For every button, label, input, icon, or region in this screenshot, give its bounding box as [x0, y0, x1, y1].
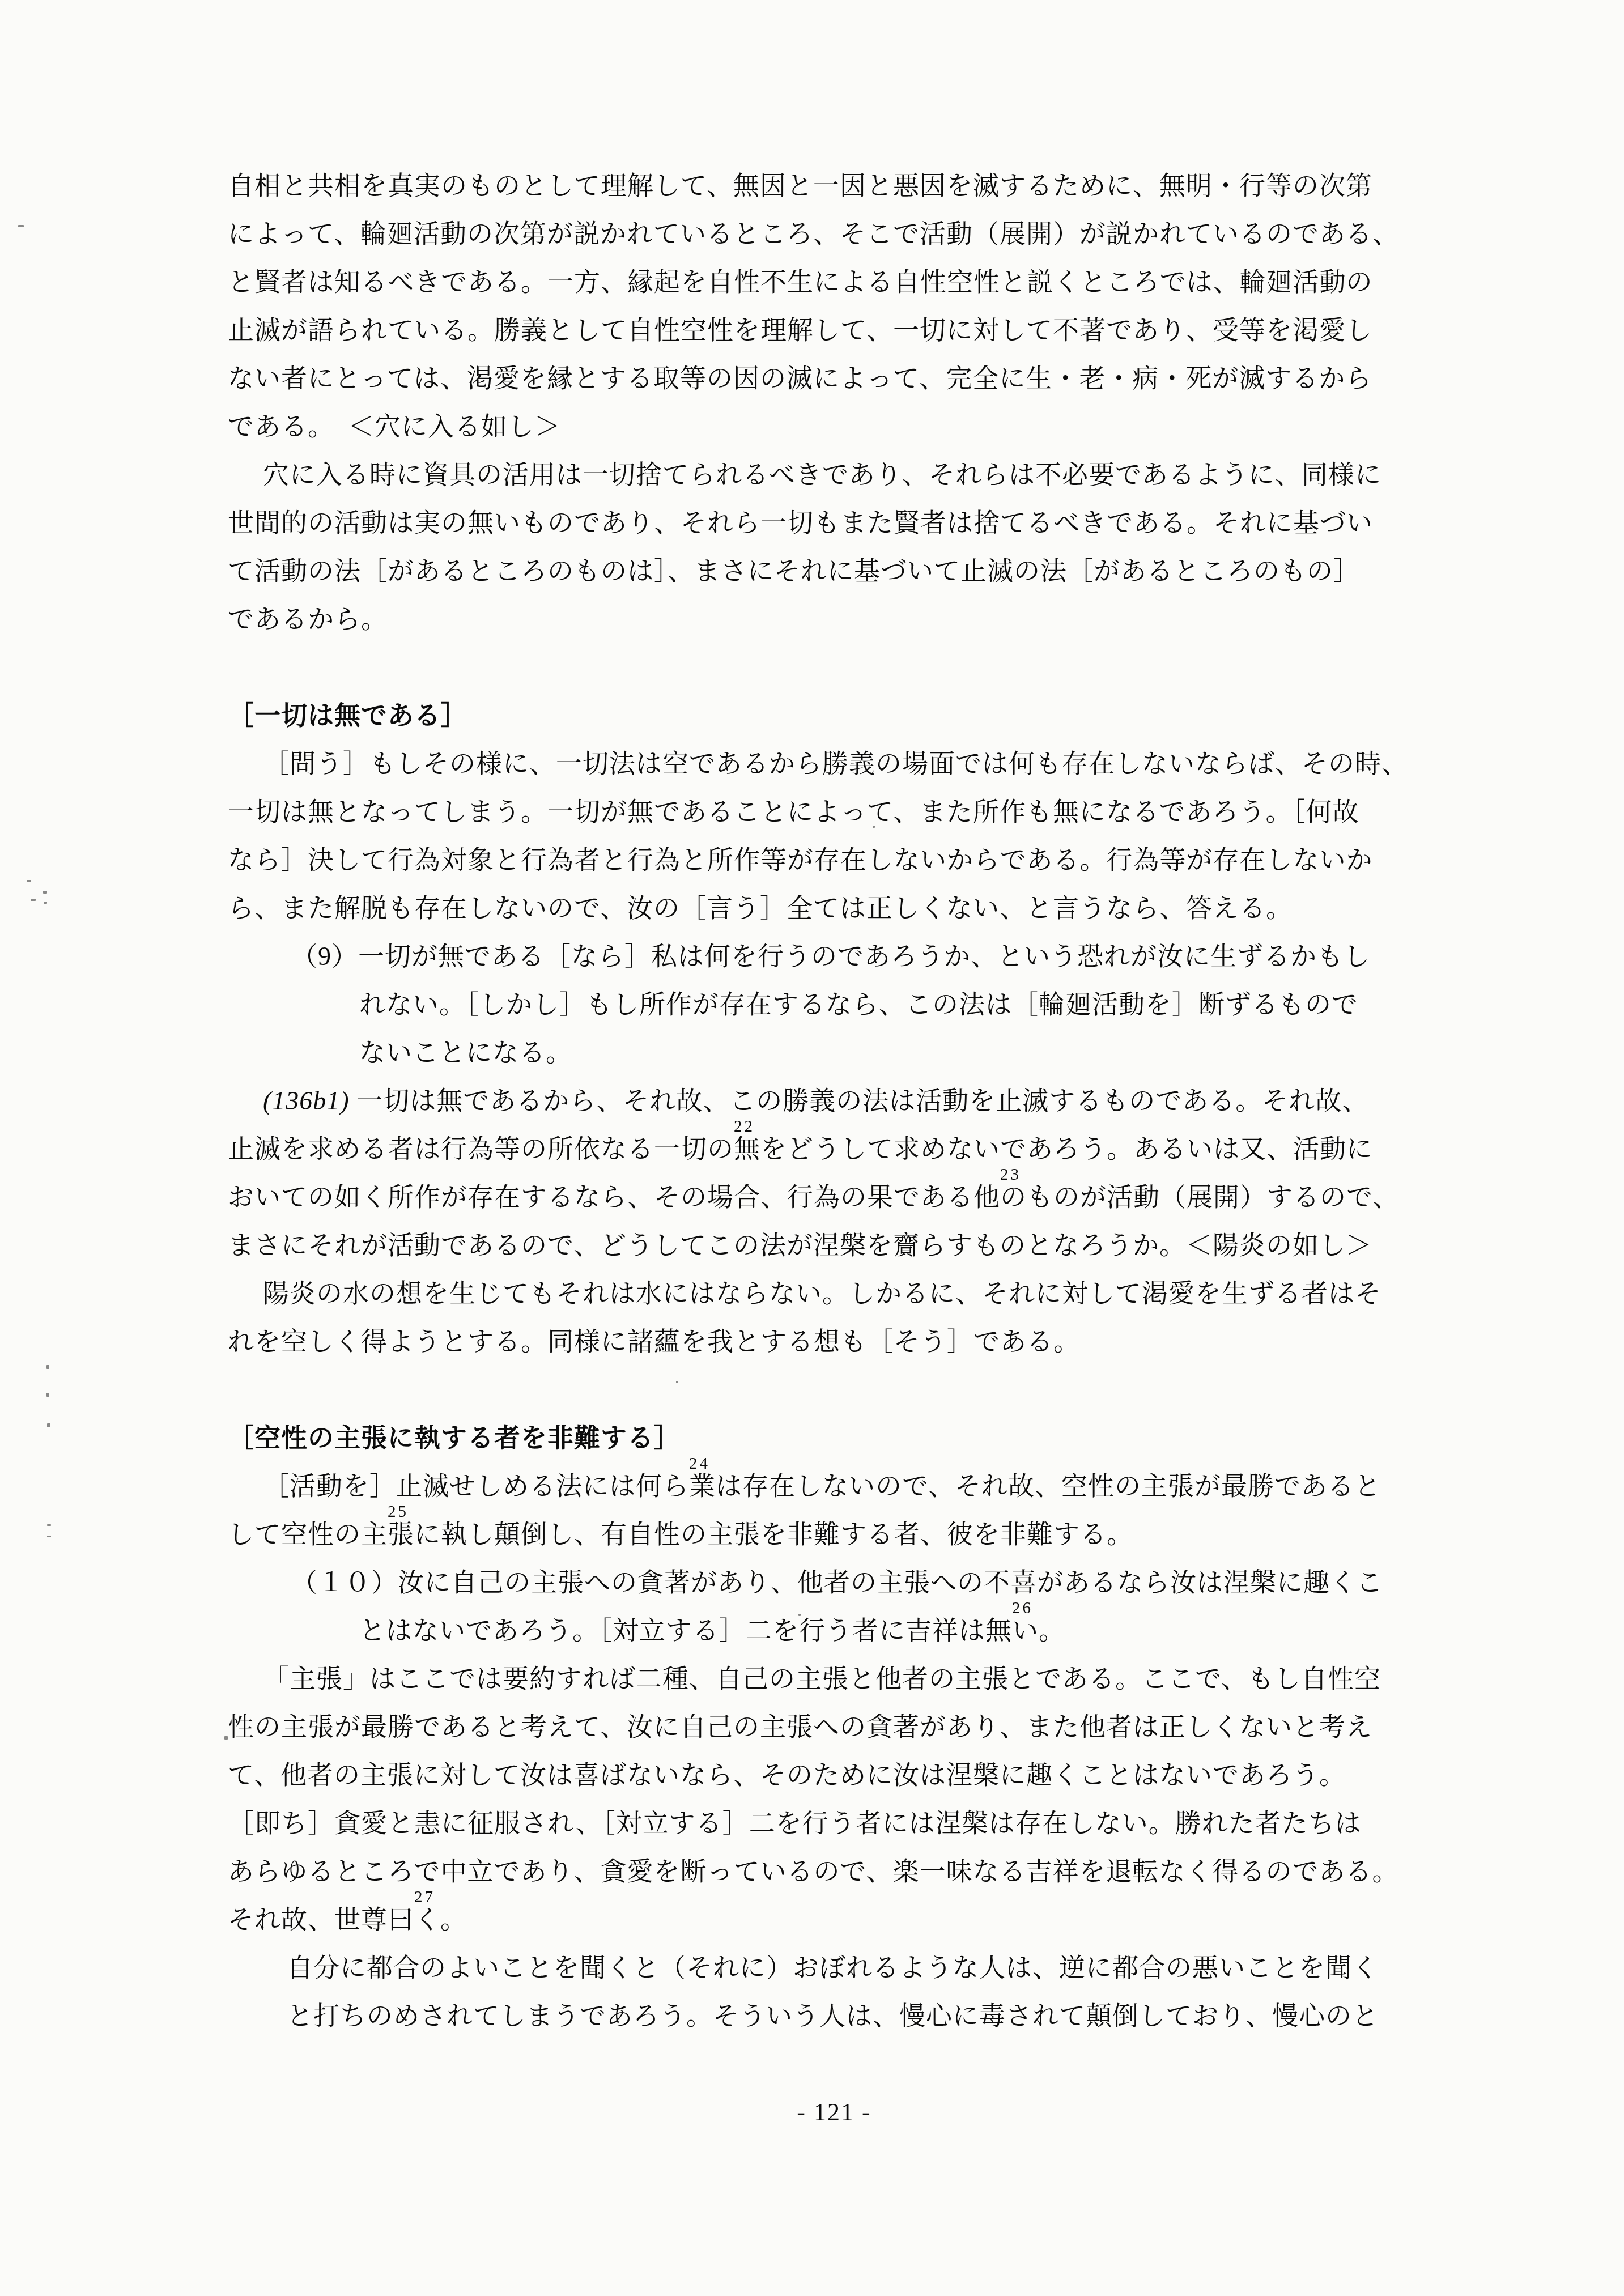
text-run: (136b1) [263, 1086, 356, 1115]
text-run: それ故、世尊曰 [228, 1905, 414, 1934]
body-text-line: 穴に入る時に資具の活用は一切捨てられるべきであり、それらは不必要であるように、同… [228, 450, 1440, 499]
text-run: ［空性の主張に執する者を非難する］ [228, 1423, 681, 1452]
text-run: れを空しく得ようとする。同様に諸蘊を我とする想も［そう］である。 [228, 1327, 1080, 1356]
quote-line: と打ちのめされてしまうであろう。そういう人は、慢心に毒されて顛倒しており、慢心の… [228, 1992, 1440, 2040]
verse-line: とはないであろう。［対立する］二を行う者に吉祥は無26い。 [228, 1606, 1440, 1655]
text-run: である。 ＜穴に入る如し＞ [228, 412, 561, 441]
text-run: 一切は無となってしまう。一切が無であることによって、また所作も無になるであろう。… [228, 797, 1359, 826]
body-text-line: と賢者は知るべきである。一方、縁起を自性不生による自性空性と説くところでは、輪廻… [228, 258, 1440, 306]
text-run: 張に執し顛倒し、有自性の主張を非難する者、彼を非難する。 [388, 1520, 1133, 1549]
body-text-line: 自相と共相を真実のものとして理解して、無因と一因と悪因を滅するために、無明・行等… [228, 161, 1440, 210]
text-run: とはないであろう。［対立する］二を行う者に吉祥は無 [359, 1616, 1012, 1645]
blank-line [228, 1366, 1440, 1414]
text-run: 陽炎の水の想を生じてもそれは水にはならない。しかるに、それに対して渇愛を生ずる者… [263, 1279, 1381, 1308]
body-text-line: ［問う］もしその様に、一切法は空であるから勝義の場面では何も存在しないならば、そ… [228, 739, 1440, 788]
text-run: のものが活動（展開）するので、 [1000, 1183, 1399, 1211]
verse-line: （9）一切が無である［なら］私は何を行うのであろうか、という恐れが汝に生ずるかも… [228, 932, 1440, 980]
scan-speck [224, 1736, 228, 1740]
section-heading: ［一切は無である］ [228, 691, 1440, 739]
scan-speck [43, 891, 47, 894]
text-column: 自相と共相を真実のものとして理解して、無因と一因と悪因を滅するために、無明・行等… [228, 161, 1440, 2040]
text-run: ［一切は無である］ [228, 701, 467, 730]
scanned-page: 自相と共相を真実のものとして理解して、無因と一因と悪因を滅するために、無明・行等… [0, 0, 1624, 2296]
text-run: ない者にとっては、渇愛を縁とする取等の因の滅によって、完全に生・老・病・死が滅す… [228, 364, 1372, 393]
scan-speck [27, 880, 31, 882]
text-run: ないことになる。 [359, 1038, 572, 1067]
body-text-line: なら］決して行為対象と行為者と行為と所作等が存在しないからである。行為等が存在し… [228, 836, 1440, 884]
text-run: あらゆるところで中立であり、貪愛を断っているので、楽一味なる吉祥を退転なく得るの… [228, 1857, 1399, 1886]
text-run: て、他者の主張に対して汝は喜ばないなら、そのために汝は涅槃に趣くことはないであろ… [228, 1761, 1346, 1789]
scan-speck [46, 1393, 49, 1397]
scan-speck [47, 1524, 51, 1526]
scan-speck [47, 1536, 51, 1537]
body-text-line: 陽炎の水の想を生じてもそれは水にはならない。しかるに、それに対して渇愛を生ずる者… [228, 1269, 1440, 1317]
quote-line: 自分に都合のよいことを聞くと（それに）おぼれるような人は、逆に都合の悪いことを聞… [228, 1944, 1440, 1992]
body-text-line: れを空しく得ようとする。同様に諸蘊を我とする想も［そう］である。 [228, 1317, 1440, 1366]
body-text-line: 止滅が語られている。勝義として自性空性を理解して、一切に対して不著であり、受等を… [228, 306, 1440, 354]
body-text-line: て、他者の主張に対して汝は喜ばないなら、そのために汝は涅槃に趣くことはないであろ… [228, 1751, 1440, 1799]
body-text-line: あらゆるところで中立であり、貪愛を断っているので、楽一味なる吉祥を退転なく得るの… [228, 1847, 1440, 1895]
body-text-line: て活動の法［があるところのものは］、まさにそれに基づいて止滅の法［があるところの… [228, 547, 1440, 595]
text-run: 穴に入る時に資具の活用は一切捨てられるべきであり、それらは不必要であるように、同… [263, 460, 1381, 489]
text-run: と賢者は知るべきである。一方、縁起を自性不生による自性空性と説くところでは、輪廻… [228, 267, 1373, 296]
text-run: ［活動を］止滅せしめる法には何ら [263, 1472, 689, 1500]
body-text-line: 一切は無となってしまう。一切が無であることによって、また所作も無になるであろう。… [228, 788, 1440, 836]
text-run: なら］決して行為対象と行為者と行為と所作等が存在しないからである。行為等が存在し… [228, 845, 1373, 874]
text-run: によって、輪廻活動の次第が説かれているところ、そこで活動（展開）が説かれているの… [228, 219, 1399, 248]
body-text-line: それ故、世尊曰27く。 [228, 1895, 1440, 1944]
scan-speck [873, 826, 875, 828]
body-text-line: 世間的の活動は実の無いものであり、それら一切もまた賢者は捨てるべきである。それに… [228, 499, 1440, 547]
text-run: であるから。 [228, 605, 388, 633]
page-number: - 121 - [228, 2088, 1440, 2136]
body-text-line: である。 ＜穴に入る如し＞ [228, 402, 1440, 450]
scan-speck [798, 1614, 801, 1616]
text-run: 自分に都合のよいことを聞くと（それに）おぼれるような人は、逆に都合の悪いことを聞… [287, 1953, 1379, 1982]
body-text-line: まさにそれが活動であるので、どうしてこの法が涅槃を齎らすものとなろうか。＜陽炎の… [228, 1221, 1440, 1269]
text-run: い。 [1012, 1616, 1065, 1645]
text-run: 世間的の活動は実の無いものであり、それら一切もまた賢者は捨てるべきである。それに… [228, 508, 1373, 537]
verse-line: （１０）汝に自己の主張への貪著があり、他者の主張への不喜があるなら汝は涅槃に趣く… [228, 1558, 1440, 1606]
body-text-line: ［即ち］貪愛と恚に征服され、［対立する］二を行う者には涅槃は存在しない。勝れた者… [228, 1799, 1440, 1847]
text-run: （9）一切が無である［なら］私は何を行うのであろうか、という恐れが汝に生ずるかも… [291, 942, 1370, 971]
text-run: 止滅を求める者は行為等の所依なる一切の [228, 1134, 734, 1163]
text-run: く。 [414, 1905, 467, 1934]
scan-speck [46, 1365, 49, 1369]
body-text-line: ［活動を］止滅せしめる法には何ら24業は存在しないので、それ故、空性の主張が最勝… [228, 1462, 1440, 1510]
text-run: して空性の主 [228, 1520, 388, 1549]
text-run: （１０）汝に自己の主張への貪著があり、他者の主張への不喜があるなら汝は涅槃に趣く… [291, 1568, 1383, 1597]
text-run: 性の主張が最勝であると考えて、汝に自己の主張への貪著があり、また他者は正しくない… [228, 1712, 1372, 1741]
verse-line: れない。［しかし］もし所作が存在するなら、この法は［輪廻活動を］断ずるもので [228, 980, 1440, 1028]
body-text-line: によって、輪廻活動の次第が説かれているところ、そこで活動（展開）が説かれているの… [228, 210, 1440, 258]
body-text-line: 性の主張が最勝であると考えて、汝に自己の主張への貪著があり、また他者は正しくない… [228, 1703, 1440, 1751]
text-run: ［問う］もしその様に、一切法は空であるから勝義の場面では何も存在しないならば、そ… [263, 749, 1408, 778]
scan-speck [44, 902, 47, 904]
scan-speck [676, 1381, 678, 1383]
text-run: まさにそれが活動であるので、どうしてこの法が涅槃を齎らすものとなろうか。＜陽炎の… [228, 1231, 1372, 1260]
text-run: ら、また解脱も存在しないので、汝の［言う］全ては正しくない、と言うなら、答える。 [228, 894, 1293, 922]
text-run: て活動の法［があるところのものは］、まさにそれに基づいて止滅の法［があるところの… [228, 556, 1360, 585]
body-text-line: (136b1) 一切は無であるから、それ故、この勝義の法は活動を止滅するものであ… [228, 1077, 1440, 1125]
body-text-line: して空性の主25張に執し顛倒し、有自性の主張を非難する者、彼を非難する。 [228, 1510, 1440, 1558]
text-run: 一切は無であるから、それ故、この勝義の法は活動を止滅するものである。それ故、 [356, 1086, 1368, 1115]
blank-line [228, 643, 1440, 691]
section-heading: ［空性の主張に執する者を非難する］ [228, 1414, 1440, 1462]
text-run: おいての如く所作が存在するなら、その場合、行為の果である他 [228, 1183, 1000, 1211]
body-text-line: 止滅を求める者は行為等の所依なる一切の22無をどうして求めないであろう。あるいは… [228, 1125, 1440, 1173]
text-run: ［即ち］貪愛と恚に征服され、［対立する］二を行う者には涅槃は存在しない。勝れた者… [228, 1809, 1362, 1838]
text-run: 自相と共相を真実のものとして理解して、無因と一因と悪因を滅するために、無明・行等… [228, 171, 1372, 200]
verse-line: ないことになる。 [228, 1028, 1440, 1077]
text-run: 業は存在しないので、それ故、空性の主張が最勝であると [689, 1472, 1381, 1500]
body-text-line: ら、また解脱も存在しないので、汝の［言う］全ては正しくない、と言うなら、答える。 [228, 884, 1440, 932]
text-run: れない。［しかし］もし所作が存在するなら、この法は［輪廻活動を］断ずるもので [359, 990, 1358, 1019]
body-text-line: 「主張」はここでは要約すれば二種、自己の主張と他者の主張とである。ここで、もし自… [228, 1655, 1440, 1703]
body-text-line: ない者にとっては、渇愛を縁とする取等の因の滅によって、完全に生・老・病・死が滅す… [228, 354, 1440, 402]
body-text-line: であるから。 [228, 595, 1440, 643]
scan-speck [18, 225, 24, 227]
text-run: と打ちのめされてしまうであろう。そういう人は、慢心に毒されて顛倒しており、慢心の… [287, 2001, 1379, 2030]
scan-speck [31, 899, 36, 901]
text-run: 無をどうして求めないであろう。あるいは又、活動に [734, 1134, 1373, 1163]
text-run: 「主張」はここでは要約すれば二種、自己の主張と他者の主張とである。ここで、もし自… [263, 1664, 1381, 1693]
text-run: 止滅が語られている。勝義として自性空性を理解して、一切に対して不著であり、受等を… [228, 316, 1372, 345]
body-text-line: おいての如く所作が存在するなら、その場合、行為の果である他23のものが活動（展開… [228, 1173, 1440, 1221]
scan-speck [47, 1423, 50, 1427]
